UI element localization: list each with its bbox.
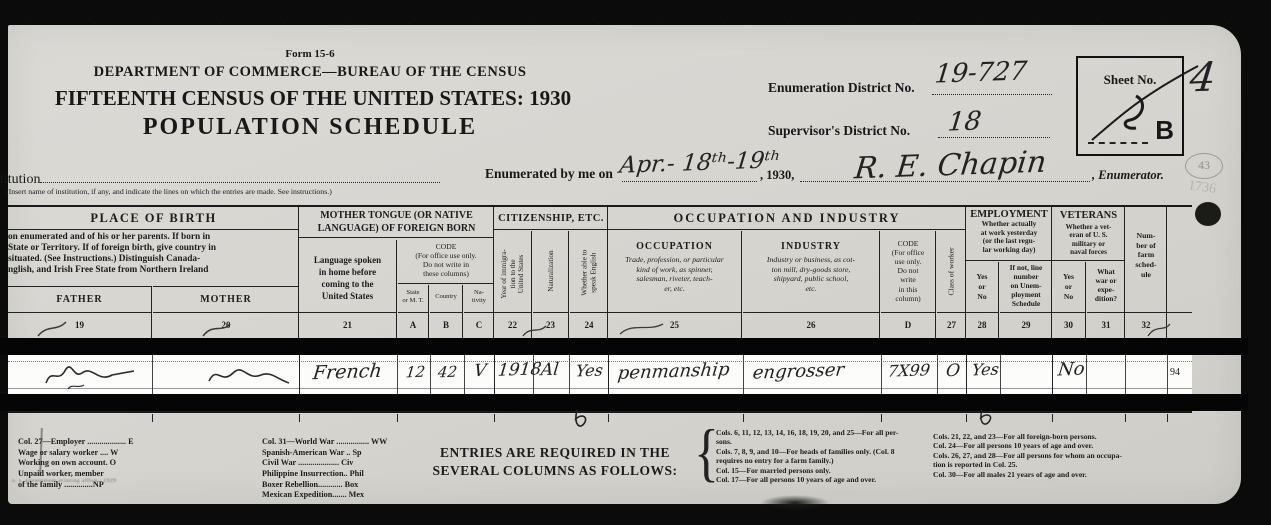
employment-title-cell: EMPLOYMENT Whether actually at work yest… [966, 207, 1052, 261]
redaction-band-bottom [0, 394, 1248, 411]
row-divider [966, 355, 967, 394]
row-divider [937, 355, 938, 394]
row-divider [1000, 355, 1001, 394]
column-tick [1167, 414, 1168, 422]
col-32-header: Num- ber of farm sched- ule [1125, 207, 1167, 312]
occupation-industry-title: OCCUPATION AND INDUSTRY [608, 207, 966, 230]
col-31-header: What war or expe- dition? [1087, 262, 1125, 312]
mt-code-country-header: Country [430, 285, 463, 312]
mother-birthplace-scrawl [203, 359, 298, 391]
row-divider [1052, 355, 1053, 394]
census-scan: Form 15-6 DEPARTMENT OF COMMERCE—BUREAU … [0, 0, 1271, 525]
occupation-value: penmanship [617, 359, 731, 384]
employment-desc: Whether actually at work yesterday (or t… [966, 220, 1052, 254]
father-birthplace-scrawl [38, 359, 148, 391]
handwritten-page-number: 4 [1188, 55, 1218, 102]
code-a-value: 12 [405, 363, 426, 382]
printing-office-note: u. s. government printing office : 1929 [12, 478, 116, 484]
naturalization-value: Al [540, 360, 560, 381]
immigration-year-value: 1918 [497, 359, 543, 380]
row-divider [743, 355, 744, 394]
mt-title: MOTHER TONGUE (OR NATIVE LANGUAGE) OF FO… [299, 207, 494, 238]
footer-list-a: Cols. 6, 11, 12, 13, 14, 16, 18, 19, 20,… [716, 428, 931, 485]
col-24-header-text: Whether able to speak English [580, 233, 597, 313]
col-29-header: If not, line number on Unem- ployment Sc… [1000, 262, 1052, 312]
row-divider [430, 355, 431, 394]
column-tick [881, 414, 882, 422]
enum-district-value: 19-727 [933, 56, 1028, 89]
occupation-header-desc: Trade, profession, or particular kind of… [608, 255, 741, 294]
industry-header-title: INDUSTRY [743, 241, 879, 252]
row-divider [1167, 355, 1168, 394]
descender-loop [968, 410, 1008, 434]
col-22-header-text: Year of immigra- tion to the United Stat… [500, 234, 526, 314]
form-number: Form 15-6 [230, 48, 390, 60]
col-23-header-text: Naturalization [547, 231, 555, 311]
row-divider [464, 355, 465, 394]
row-divider [1125, 355, 1126, 394]
descender-loop [565, 410, 605, 434]
column-tick [494, 414, 495, 422]
institution-label: titution [0, 172, 40, 187]
language-value: French [312, 360, 383, 384]
column-tick [299, 414, 300, 422]
mt-code-header: CODE (For office use only. Do not write … [398, 240, 494, 284]
col-24-header: Whether able to speak English [570, 231, 608, 312]
column-tick [1125, 414, 1126, 422]
redaction-band-top [0, 338, 1248, 355]
row-divider [494, 355, 495, 394]
footer-entries-title: ENTRIES ARE REQUIRED IN THE SEVERAL COLU… [420, 444, 690, 480]
col-28-header: Yes or No [966, 262, 999, 312]
veteran-value: No [1057, 359, 1086, 381]
pob-title: PLACE OF BIRTH [8, 207, 299, 230]
row-divider [299, 355, 300, 394]
industry-header-desc: Industry or business, as cot- ton mill, … [743, 255, 879, 294]
veterans-title-cell: VETERANS Whether a vet- eran of U. S. mi… [1052, 207, 1125, 261]
mt-language-header: Language spoken in home before coming to… [299, 240, 397, 312]
column-tick [397, 414, 398, 422]
line-number-value: 94 [1170, 367, 1180, 378]
occupation-header-title: OCCUPATION [608, 241, 741, 252]
column-tick [966, 414, 967, 422]
ink-smudge [760, 495, 830, 511]
sup-district-value: 18 [946, 106, 982, 137]
code-b-value: 42 [437, 363, 458, 382]
col-26-header: INDUSTRY Industry or business, as cot- t… [743, 231, 880, 312]
col-27-header: Class of worker [937, 231, 966, 312]
institution-line: titution [0, 170, 440, 188]
institution-caption: (Insert name of institution, if any, and… [6, 187, 476, 196]
col-22-header: Year of immigra- tion to the United Stat… [494, 231, 532, 312]
enum-district-line [932, 94, 1052, 95]
col-25-header: OCCUPATION Trade, profession, or particu… [608, 231, 742, 312]
sheet-number-scribble [1078, 58, 1182, 154]
col-23-header: Naturalization [533, 231, 569, 312]
pob-description: on enumerated and of his or her parents.… [8, 232, 299, 284]
handwriting-remnants [8, 318, 1192, 338]
pencil-circled-number: 43 [1185, 153, 1223, 179]
industry-value: engrosser [752, 359, 846, 383]
pob-mother-header: MOTHER [153, 286, 299, 312]
row-divider [1086, 355, 1087, 394]
veterans-title: VETERANS [1052, 210, 1125, 221]
column-tick [608, 414, 609, 422]
column-tick [743, 414, 744, 422]
enumerator-suffix: , Enumerator. [1092, 168, 1164, 183]
enumerated-by-label: Enumerated by me on [485, 166, 613, 182]
sheet-number-box: Sheet No. B [1076, 56, 1184, 156]
row-divider [608, 355, 609, 394]
enumerator-name-value: R. E. Chapin [853, 145, 1048, 187]
col-D-header: CODE (For office use only. Do not write … [881, 231, 936, 312]
row-divider [881, 355, 882, 394]
department-title: DEPARTMENT OF COMMERCE—BUREAU OF THE CEN… [60, 64, 560, 81]
mt-code-nativity-header: Na- tivity [464, 285, 494, 312]
row-divider [569, 355, 570, 394]
citizenship-title: CITIZENSHIP, ETC. [494, 207, 608, 230]
footer-list-b: Cols. 21, 22, and 23—For all foreign-bor… [933, 432, 1158, 479]
census-title: FIFTEENTH CENSUS OF THE UNITED STATES: 1… [18, 86, 608, 111]
date-blank-line [622, 181, 757, 182]
code-d-value: 7X99 [887, 360, 931, 380]
veterans-desc: Whether a vet- eran of U. S. military or… [1052, 223, 1125, 256]
column-tick [152, 414, 153, 422]
mt-code-state-header: State or M. T. [398, 285, 429, 312]
code-c-value: V [473, 361, 487, 381]
speaks-english-value: Yes [575, 361, 604, 381]
col-27-header-text: Class of worker [947, 232, 956, 312]
row-base-line [8, 388, 1192, 389]
schedule-title: POPULATION SCHEDULE [60, 114, 560, 141]
at-work-value: Yes [971, 360, 1000, 380]
enum-district-label: Enumeration District No. [768, 80, 915, 96]
record-row: French 12 42 V 1918 Al Yes penmanship en… [8, 355, 1192, 394]
class-of-worker-value: O [945, 361, 961, 381]
col-30-header: Yes or No [1052, 262, 1086, 312]
row-divider [397, 355, 398, 394]
column-tick [1052, 414, 1053, 422]
sup-district-label: Supervisor's District No. [768, 123, 910, 139]
pob-father-header: FATHER [8, 286, 152, 312]
punch-hole [1195, 202, 1221, 226]
row-divider [152, 355, 153, 394]
institution-blank-line [40, 170, 440, 183]
